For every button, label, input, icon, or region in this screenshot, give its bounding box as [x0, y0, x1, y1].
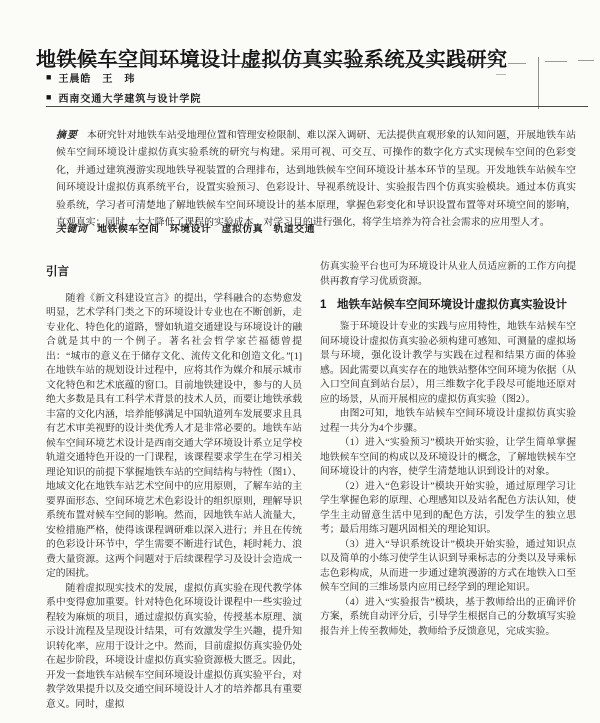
keywords-block: 关键词地铁候车空间 环境设计 虚拟仿真 轨道交通 [56, 221, 576, 235]
scan-dash-artifact [496, 74, 506, 75]
square-bullet-icon: ■ [46, 73, 51, 82]
abstract-label: 摘要 [56, 130, 78, 141]
title-divider [46, 63, 501, 64]
right-column: 仿真实验平台也可为环境设计从业人员适应新的工作方向提供再教育学习优质资源。 1 … [320, 260, 576, 715]
authors-line: ■ 王晨皓 王 玮 [46, 70, 446, 85]
keywords-text: 地铁候车空间 环境设计 虚拟仿真 轨道交通 [97, 224, 315, 235]
section-1-paragraph-2: 由图2可知，地铁车站候车空间环境设计虚拟仿真实验过程一共分为4个步骤。 [320, 407, 576, 436]
affiliation-text: 西南交通大学建筑与设计学院 [58, 90, 201, 105]
section-1-heading: 1 地铁车站候车空间环境设计虚拟仿真实验设计 [320, 297, 576, 313]
scan-dash-artifact [578, 60, 594, 61]
intro-paragraph-2: 随着虚拟现实技术的发展，虚拟仿真实验在现代教学体系中变得愈加重要。针对特色化环境… [46, 582, 302, 713]
authors-block: ■ 王晨皓 王 玮 ■ 西南交通大学建筑与设计学院 [46, 70, 446, 110]
header-divider [46, 106, 588, 107]
square-bullet-icon: ■ [46, 93, 51, 102]
abstract-text: 本研究针对地铁车站受地理位置和管理安检限制、难以深入调研、无法提供直观形象的认知… [56, 130, 576, 228]
left-column: 引言 随着《新文科建设宣言》的提出，学科融合的态势愈发明显，艺术学科门类之下的环… [46, 260, 302, 715]
column-continuation-paragraph: 仿真实验平台也可为环境设计从业人员适应新的工作方向提供再教育学习优质资源。 [320, 260, 576, 289]
section-1-title: 地铁车站候车空间环境设计虚拟仿真实验设计 [337, 297, 576, 313]
section-1-number: 1 [320, 297, 337, 313]
section-1-step-4: （4）进入“实验报告”模块，基于教师给出的正确评价方案，系统自动评分后，引导学生… [320, 596, 576, 640]
section-1-step-1: （1）进入“实验预习”模块开始实验，让学生简单掌握地铁候车空间的构成以及环境设计… [320, 436, 576, 480]
paper-page: 地铁候车空间环境设计虚拟仿真实验系统及实践研究 ■ 王晨皓 王 玮 ■ 西南交通… [0, 0, 600, 723]
scan-dash-artifact [508, 63, 526, 64]
keywords-label: 关键词 [56, 224, 87, 235]
affiliation-line: ■ 西南交通大学建筑与设计学院 [46, 90, 446, 105]
section-1-step-3: （3）进入“导识系统设计”模块开始实验，通过知识点以及简单的小练习使学生认识到导… [320, 538, 576, 596]
scan-dash-artifact [545, 61, 567, 62]
authors-names: 王晨皓 王 玮 [58, 70, 135, 85]
scan-line-artifact [538, 57, 539, 109]
section-1-step-2: （2）进入“色彩设计”模块开始实验，通过原理学习让学生掌握色彩的原理、心理感知以… [320, 480, 576, 538]
section-1-paragraph-1: 鉴于环境设计专业的实践与应用特性，地铁车站候车空间环境设计虚拟仿真实验必须构建可… [320, 320, 576, 407]
intro-heading: 引言 [46, 265, 302, 280]
intro-paragraph-1: 随着《新文科建设宣言》的提出，学科融合的态势愈发明显，艺术学科门类之下的环境设计… [46, 292, 302, 582]
paper-title: 地铁候车空间环境设计虚拟仿真实验系统及实践研究 [36, 43, 566, 72]
abstract-block: 摘要本研究针对地铁车站受地理位置和管理安检限制、难以深入调研、无法提供直观形象的… [56, 127, 576, 231]
body-columns: 引言 随着《新文科建设宣言》的提出，学科融合的态势愈发明显，艺术学科门类之下的环… [46, 260, 576, 715]
